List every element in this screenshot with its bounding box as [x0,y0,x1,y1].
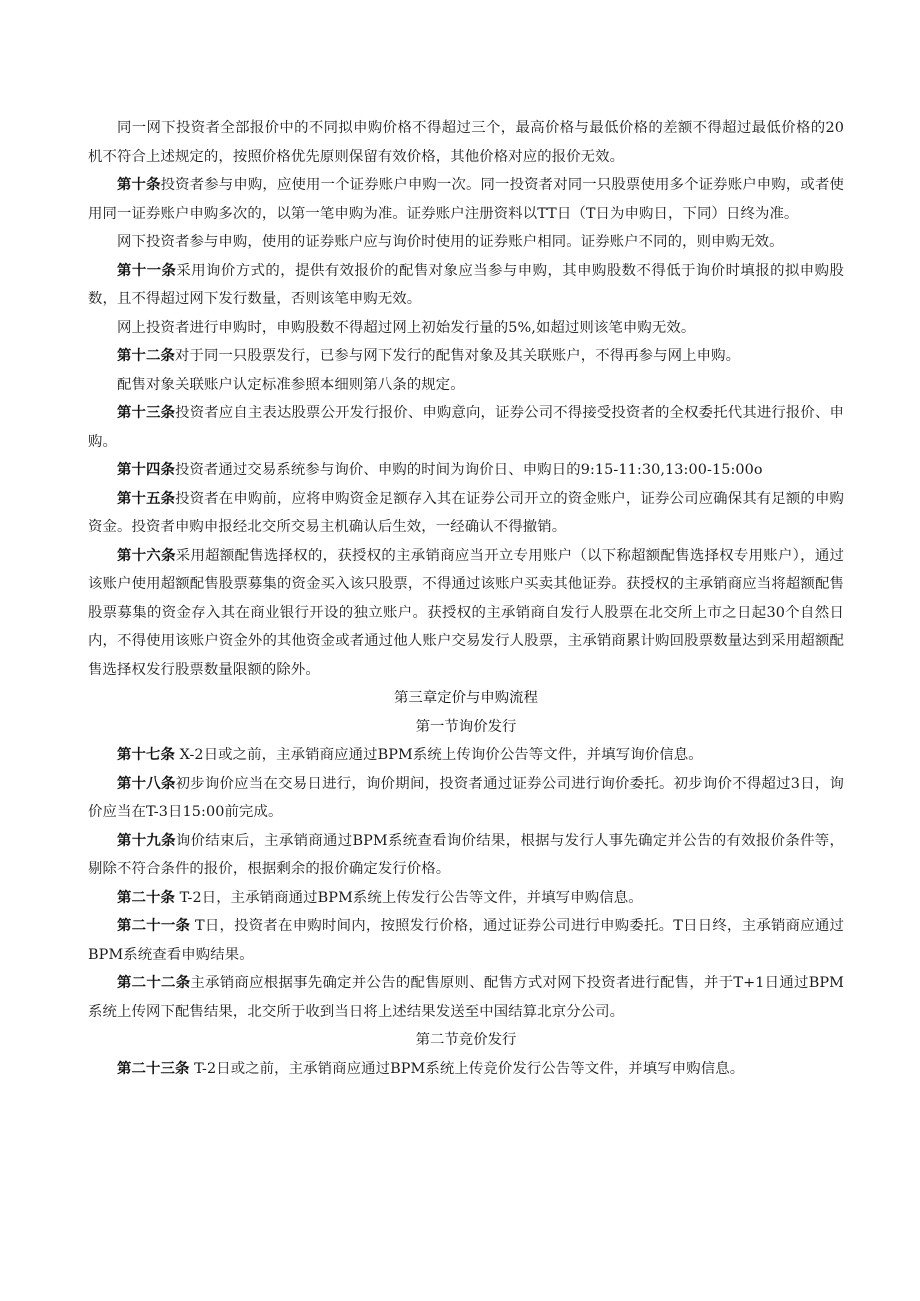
article-13: 第十三条投资者应自主表达股票公开发行报价、申购意向，证券公司不得接受投资者的全权… [88,399,844,456]
chapter-heading: 第三章定价与申购流程 [88,684,844,713]
article-17: 第十七条 X-2日或之前，主承销商应通过BPM系统上传询价公告等文件，并填写询价… [88,741,844,770]
paragraph-text: 网上投资者进行申购时，申购股数不得超过网上初始发行量的5%,如超过则该笔申购无效… [117,320,695,336]
paragraph-text: T日，投资者在申购时间内，按照发行价格，通过证券公司进行申购委托。T日日终，主承… [88,918,844,963]
article-10: 第十条投资者参与申购，应使用一个证券账户申购一次。同一投资者对同一只股票使用多个… [88,171,844,228]
paragraph-price-limit: 同一网下投资者全部报价中的不同拟申购价格不得超过三个，最高价格与最低价格的差额不… [88,114,844,171]
article-label: 第十二条 [117,348,175,364]
article-15: 第十五条投资者在申购前，应将申购资金足额存入其在证券公司开立的资金账户，证券公司… [88,485,844,542]
article-label: 第十六条 [117,548,176,564]
article-label: 第二十二条 [117,975,190,991]
paragraph-text: 询价结束后，主承销商通过BPM系统查看询价结果，根据与发行人事先确定并公告的有效… [88,833,844,878]
paragraph-online-limit: 网上投资者进行申购时，申购股数不得超过网上初始发行量的5%,如超过则该笔申购无效… [88,314,844,343]
article-23: 第二十三条 T-2日或之前，主承销商应通过BPM系统上传竞价发行公告等文件，并填… [88,1055,844,1084]
document-page: 同一网下投资者全部报价中的不同拟申购价格不得超过三个，最高价格与最低价格的差额不… [88,114,844,1083]
article-label: 第十三条 [117,405,175,421]
article-20: 第二十条 T-2日，主承销商通过BPM系统上传发行公告等文件，并填写申购信息。 [88,884,844,913]
paragraph-text: 采用超额配售选择权的，获授权的主承销商应当开立专用账户（以下称超额配售选择权专用… [88,548,844,678]
article-label: 第十一条 [117,263,176,279]
section-heading-inquiry: 第一节询价发行 [88,713,844,742]
paragraph-text: 投资者应自主表达股票公开发行报价、申购意向，证券公司不得接受投资者的全权委托代其… [88,405,844,450]
paragraph-text: 投资者在申购前，应将申购资金足额存入其在证券公司开立的资金账户，证券公司应确保其… [88,491,844,536]
article-16: 第十六条采用超额配售选择权的，获授权的主承销商应当开立专用账户（以下称超额配售选… [88,542,844,685]
article-label: 第二十一条 [117,918,190,934]
article-19: 第十九条询价结束后，主承销商通过BPM系统查看询价结果，根据与发行人事先确定并公… [88,827,844,884]
article-22: 第二十二条主承销商应根据事先确定并公告的配售原则、配售方式对网下投资者进行配售，… [88,969,844,1026]
paragraph-text: T-2日或之前，主承销商应通过BPM系统上传竞价发行公告等文件，并填写申购信息。 [189,1061,744,1077]
article-label: 第十七条 [117,747,175,763]
paragraph-text: 配售对象关联账户认定标准参照本细则第八条的规定。 [117,377,465,393]
paragraph-text: 投资者参与申购，应使用一个证券账户申购一次。同一投资者对同一只股票使用多个证券账… [88,177,844,222]
article-label: 第二十条 [117,890,175,906]
article-label: 第十五条 [117,491,175,507]
paragraph-text: 主承销商应根据事先确定并公告的配售原则、配售方式对网下投资者进行配售，并于T+1… [88,975,844,1020]
article-18: 第十八条初步询价应当在交易日进行，询价期间，投资者通过证券公司进行询价委托。初步… [88,770,844,827]
paragraph-text: 初步询价应当在交易日进行，询价期间，投资者通过证券公司进行询价委托。初步询价不得… [88,776,844,821]
article-label: 第十四条 [117,462,175,478]
article-14: 第十四条投资者通过交易系统参与询价、申购的时间为询价日、申购日的9:15-11:… [88,456,844,485]
article-label: 第二十三条 [117,1061,189,1077]
article-label: 第十八条 [117,776,176,792]
paragraph-text: T-2日，主承销商通过BPM系统上传发行公告等文件，并填写申购信息。 [175,890,643,906]
paragraph-text: 同一网下投资者全部报价中的不同拟申购价格不得超过三个，最高价格与最低价格的差额不… [88,120,844,165]
section-heading-auction: 第二节竞价发行 [88,1026,844,1055]
article-21: 第二十一条 T日，投资者在申购时间内，按照发行价格，通过证券公司进行申购委托。T… [88,912,844,969]
article-11: 第十一条采用询价方式的，提供有效报价的配售对象应当参与申购，其申购股数不得低于询… [88,257,844,314]
article-12: 第十二条对于同一只股票发行，已参与网下发行的配售对象及其关联账户，不得再参与网上… [88,342,844,371]
article-label: 第十条 [117,177,161,193]
paragraph-text: 投资者通过交易系统参与询价、申购的时间为询价日、申购日的9:15-11:30,1… [175,462,763,478]
paragraph-text: X-2日或之前，主承销商应通过BPM系统上传询价公告等文件，并填写询价信息。 [175,747,703,763]
paragraph-related-account: 配售对象关联账户认定标准参照本细则第八条的规定。 [88,371,844,400]
paragraph-offline-account: 网下投资者参与申购，使用的证券账户应与询价时使用的证券账户相同。证券账户不同的，… [88,228,844,257]
paragraph-text: 采用询价方式的，提供有效报价的配售对象应当参与申购，其申购股数不得低于询价时填报… [88,263,844,308]
article-label: 第十九条 [117,833,176,849]
paragraph-text: 网下投资者参与申购，使用的证券账户应与询价时使用的证券账户相同。证券账户不同的，… [117,234,784,250]
paragraph-text: 对于同一只股票发行，已参与网下发行的配售对象及其关联账户，不得再参与网上申购。 [175,348,740,364]
